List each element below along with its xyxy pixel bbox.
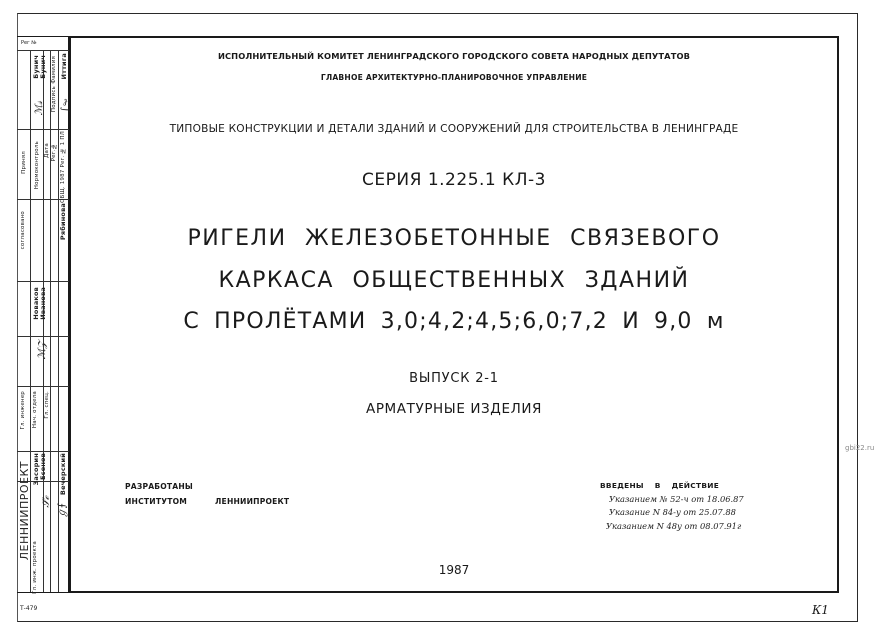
stamp-column-label: Рег.№ bbox=[51, 143, 57, 161]
stamp-divider bbox=[17, 129, 69, 130]
typical-designs-heading: ТИПОВЫЕ КОНСТРУКЦИИ И ДЕТАЛИ ЗДАНИЙ И СО… bbox=[69, 123, 839, 135]
issue-number: ВЫПУСК 2-1 bbox=[69, 371, 839, 386]
stamp-column-label: Дата bbox=[44, 143, 50, 158]
organization-line-2: ГЛАВНОЕ АРХИТЕКТУРНО-ПЛАНИРОВОЧНОЕ УПРАВ… bbox=[69, 73, 839, 82]
stamp-name: Есенов bbox=[39, 453, 47, 480]
stamp-sheet-info: ОБЩ. 1987 Рег. № 1 ПЛ bbox=[60, 131, 66, 203]
introduced-entry: Указанием N 48у от 08.07.91г bbox=[606, 521, 741, 531]
stamp-name: Иванова bbox=[39, 287, 47, 320]
developed-label: РАЗРАБОТАНЫ bbox=[125, 482, 193, 491]
stamp-role: Гл. инж. проекта bbox=[32, 541, 38, 594]
stamp-divider bbox=[50, 51, 51, 592]
stamp-name: Вечерский bbox=[59, 453, 67, 495]
signature: ∫ℓ bbox=[60, 96, 71, 112]
stamp-name: Бунич bbox=[39, 55, 47, 79]
sheet-mark: К1 bbox=[812, 603, 829, 617]
stamp-name: Рябинова bbox=[59, 203, 67, 240]
signature: ℳ𝒵 bbox=[37, 341, 49, 359]
series-number: СЕРИЯ 1.225.1 КЛ-3 bbox=[69, 170, 839, 190]
watermark: gbi22.ru bbox=[845, 444, 874, 452]
year: 1987 bbox=[69, 563, 839, 577]
stamp-role: Гл. инженер bbox=[20, 391, 26, 430]
stamp-divider bbox=[43, 51, 44, 592]
reg-number-box: Рег № bbox=[17, 37, 69, 51]
stamp-role: Нач. отдела bbox=[32, 391, 38, 428]
stamp-role: Принял bbox=[21, 151, 27, 174]
sheet-code: Т-479 bbox=[20, 605, 37, 612]
stamp-divider bbox=[17, 386, 69, 387]
stamp-divider bbox=[17, 451, 69, 452]
title-line-3: С ПРОЛЁТАМИ 3,0;4,2;4,5;6,0;7,2 И 9,0 м bbox=[69, 309, 839, 334]
issue-title: АРМАТУРНЫЕ ИЗДЕЛИЯ bbox=[69, 401, 839, 417]
stamp-role: Гл. спец. bbox=[44, 391, 50, 419]
stamp-organization: ЛЕННИИПРОЕКТ bbox=[18, 461, 31, 560]
stamp-column-label: Подпись bbox=[51, 86, 57, 112]
stamp-divider bbox=[17, 336, 69, 337]
stamp-name: Иттига bbox=[60, 53, 68, 80]
organization-line-1: ИСПОЛНИТЕЛЬНЫЙ КОМИТЕТ ЛЕНИНГРАДСКОГО ГО… bbox=[69, 51, 839, 61]
stamp-divider bbox=[17, 281, 69, 282]
stamp-grid: Бунич Бунич Принял Нормоконтроль Дата Ре… bbox=[17, 51, 69, 592]
agreed-label: согласовано bbox=[20, 211, 26, 249]
stamp-column: Рег № Бунич Бунич Принял Нормоконтроль Д… bbox=[17, 36, 69, 593]
title-line-1: РИГЕЛИ ЖЕЛЕЗОБЕТОННЫЕ СВЯЗЕВОГО bbox=[69, 226, 839, 251]
developed-by-label: ИНСТИТУТОМ bbox=[125, 497, 187, 506]
signature: ℳ𝓈 bbox=[34, 101, 46, 115]
developed-by-institute: ЛЕННИИПРОЕКТ bbox=[215, 497, 289, 506]
title-line-2: КАРКАСА ОБЩЕСТВЕННЫХ ЗДАНИЙ bbox=[69, 268, 839, 293]
signature: 𝒮ℯ bbox=[41, 496, 53, 508]
introduced-entry: Указанием № 52-ч от 18.06.87 bbox=[609, 494, 744, 504]
stamp-role: Нормоконтроль bbox=[34, 141, 40, 189]
stamp-column-label: Фамилия bbox=[51, 56, 57, 84]
introduced-label: ВВЕДЕНЫ В ДЕЙСТВИЕ bbox=[600, 481, 719, 490]
signature: ℊ⨍ bbox=[55, 503, 70, 518]
introduced-entry: Указание N 84-у от 25.07.88 bbox=[609, 507, 736, 517]
developed-by: ИНСТИТУТОМЛЕННИИПРОЕКТ bbox=[125, 497, 289, 506]
